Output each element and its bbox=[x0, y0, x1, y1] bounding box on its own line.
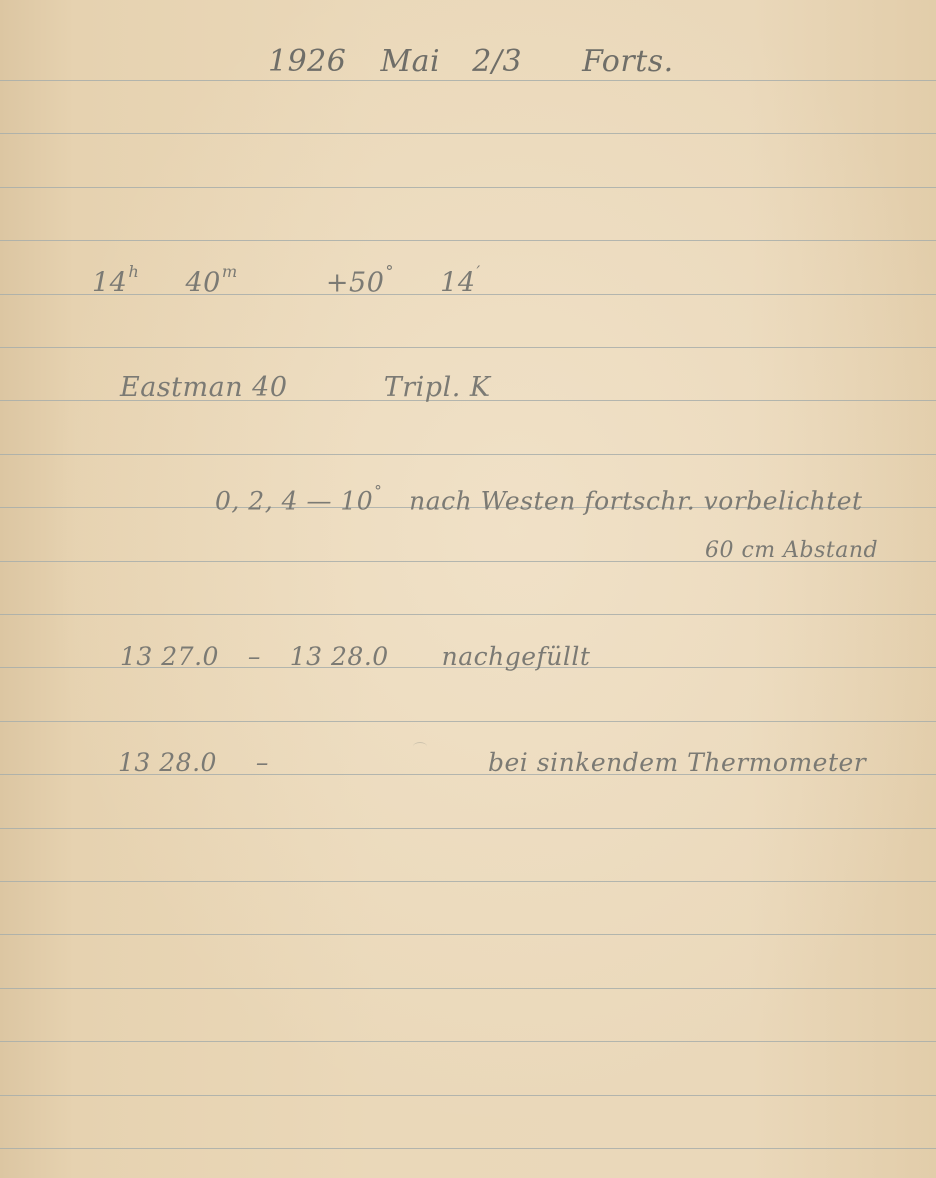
dec-degrees: +50 bbox=[326, 268, 384, 299]
ra-hours-unit: h bbox=[128, 262, 139, 281]
ruled-line bbox=[0, 1095, 936, 1096]
coordinates-line: 14h 40m +50° 14′ bbox=[92, 262, 481, 299]
pencil-smudge bbox=[413, 742, 427, 751]
plate-type: Eastman 40 bbox=[120, 372, 288, 403]
header-date: 2/3 bbox=[472, 44, 522, 79]
notebook-page: 1926 Mai 2/3 Forts. 14h 40m +50° 14′ Eas… bbox=[0, 0, 936, 1178]
time-row-2-start: 13 28.0 bbox=[118, 748, 217, 777]
exposure-note-line: 0, 2, 4 — 10° nach Westen fortschr. vorb… bbox=[215, 482, 863, 516]
ruled-line bbox=[0, 934, 936, 935]
time-row-2: 13 28.0 – bbox=[118, 748, 269, 777]
ruled-line bbox=[0, 614, 936, 615]
header-month: Mai bbox=[380, 44, 440, 79]
dec-minutes-unit: ′ bbox=[477, 262, 481, 281]
ruled-line bbox=[0, 187, 936, 188]
ruled-line bbox=[0, 1148, 936, 1149]
exposure-text: nach Westen fortschr. vorbelichtet bbox=[409, 487, 862, 516]
plate-line: Eastman 40 Tripl. K bbox=[120, 372, 491, 403]
ruled-line bbox=[0, 721, 936, 722]
ruled-line bbox=[0, 881, 936, 882]
dec-minutes: 14 bbox=[440, 268, 475, 299]
exposure-sequence-unit: ° bbox=[374, 482, 382, 500]
ruled-line bbox=[0, 240, 936, 241]
page-header: 1926 Mai 2/3 Forts. bbox=[268, 44, 674, 79]
ruled-line bbox=[0, 347, 936, 348]
time-row-2-remark: bei sinkendem Thermometer bbox=[488, 748, 866, 777]
ruled-line bbox=[0, 80, 936, 81]
time-row-1-dash: – bbox=[248, 642, 261, 671]
time-row-1-start: 13 27.0 bbox=[120, 642, 219, 671]
ruled-line bbox=[0, 133, 936, 134]
ra-hours: 14 bbox=[92, 268, 127, 299]
time-row-1: 13 27.0 – 13 28.0 nachgefüllt bbox=[120, 642, 590, 671]
ra-minutes: 40 bbox=[185, 268, 220, 299]
ra-minutes-unit: m bbox=[222, 262, 238, 281]
time-row-2-remark-wrap: bei sinkendem Thermometer bbox=[488, 748, 866, 777]
time-row-1-end: 13 28.0 bbox=[290, 642, 389, 671]
dec-degrees-unit: ° bbox=[385, 262, 394, 281]
ruled-line bbox=[0, 828, 936, 829]
instrument: Tripl. K bbox=[384, 372, 491, 403]
header-note: Forts. bbox=[582, 44, 674, 79]
distance-note: 60 cm Abstand bbox=[705, 538, 878, 563]
ruled-line bbox=[0, 988, 936, 989]
exposure-continuation: 60 cm Abstand bbox=[705, 538, 878, 563]
time-row-2-dash: – bbox=[256, 748, 269, 777]
time-row-1-remark: nachgefüllt bbox=[442, 642, 591, 671]
header-year: 1926 bbox=[268, 44, 346, 79]
ruled-line bbox=[0, 1041, 936, 1042]
exposure-sequence: 0, 2, 4 — 10 bbox=[215, 487, 373, 516]
ruled-line bbox=[0, 454, 936, 455]
